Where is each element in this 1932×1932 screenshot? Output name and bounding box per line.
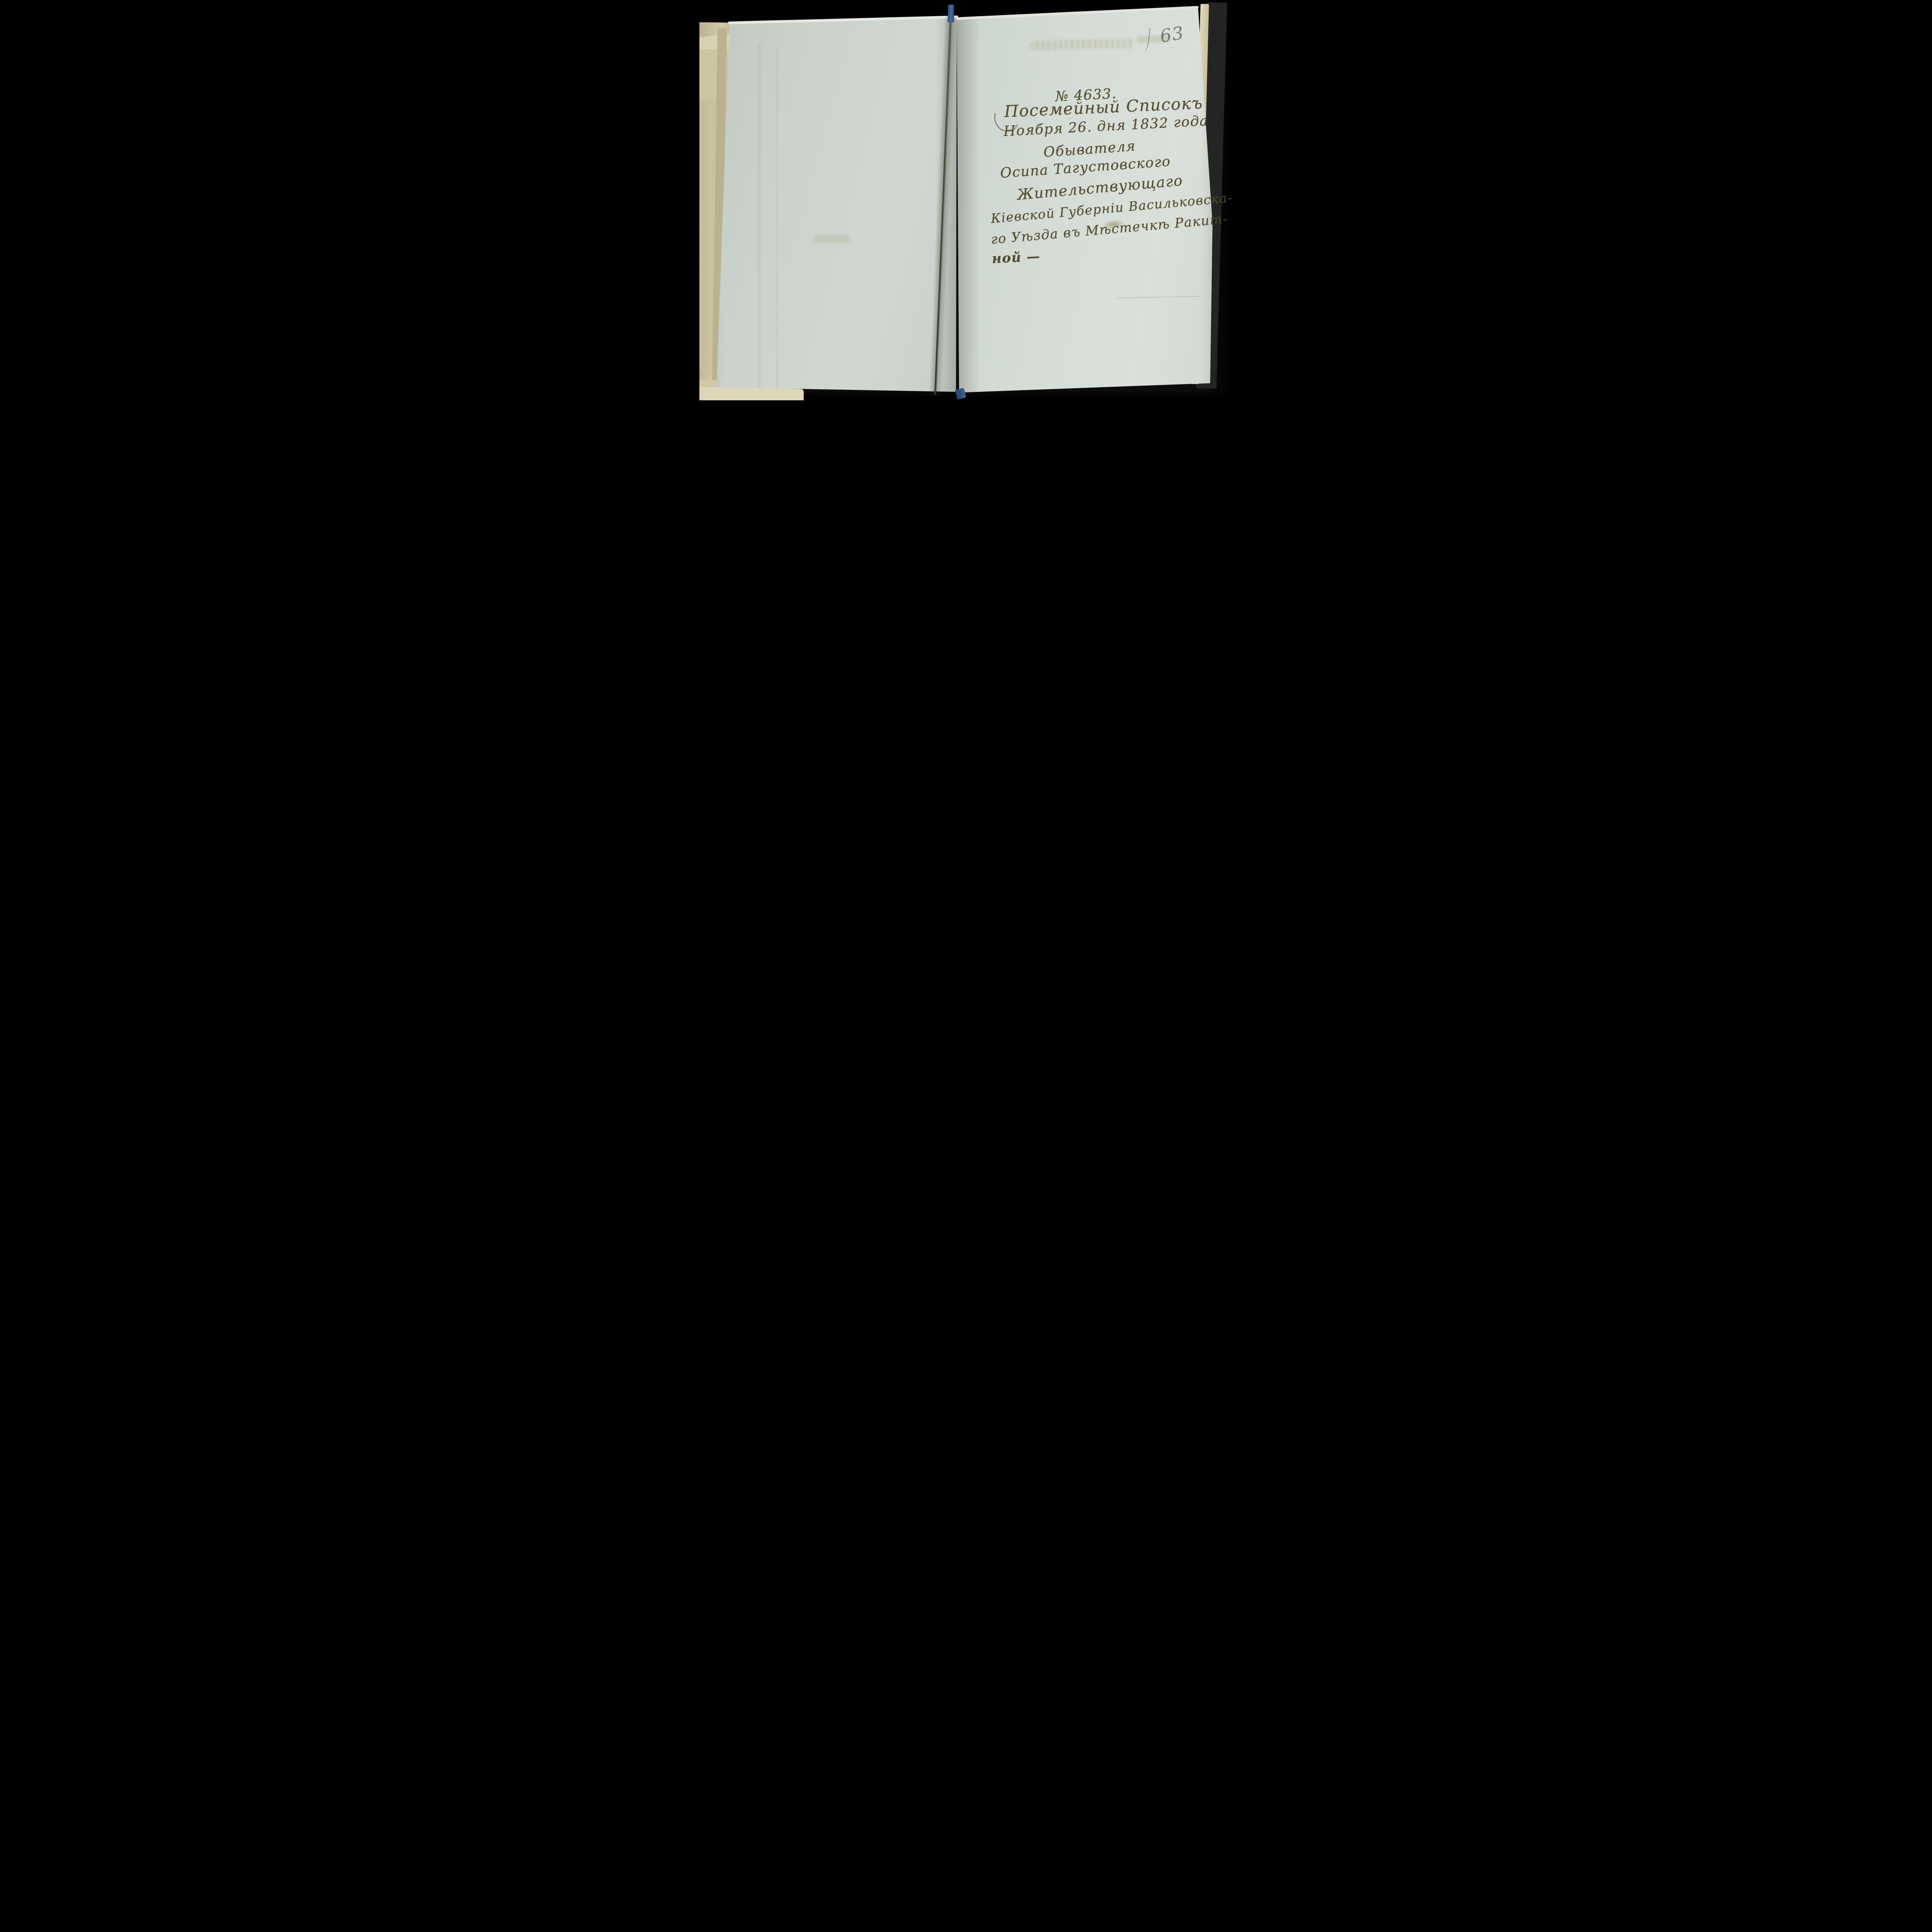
faint-smudge bbox=[814, 235, 851, 243]
blue-binding-tab-top bbox=[948, 5, 954, 22]
folio-number: 63 bbox=[1158, 22, 1185, 46]
archival-book-scan: 63 № 4633. Посемейный Списокъ Ноября 26.… bbox=[699, 0, 1233, 400]
paper-fold-line bbox=[757, 44, 762, 400]
paper-fold-line bbox=[775, 48, 779, 396]
page-stack-corner-bottom bbox=[699, 387, 804, 400]
left-page-blank bbox=[707, 17, 957, 393]
manuscript-line-end: ной — bbox=[992, 248, 1041, 267]
